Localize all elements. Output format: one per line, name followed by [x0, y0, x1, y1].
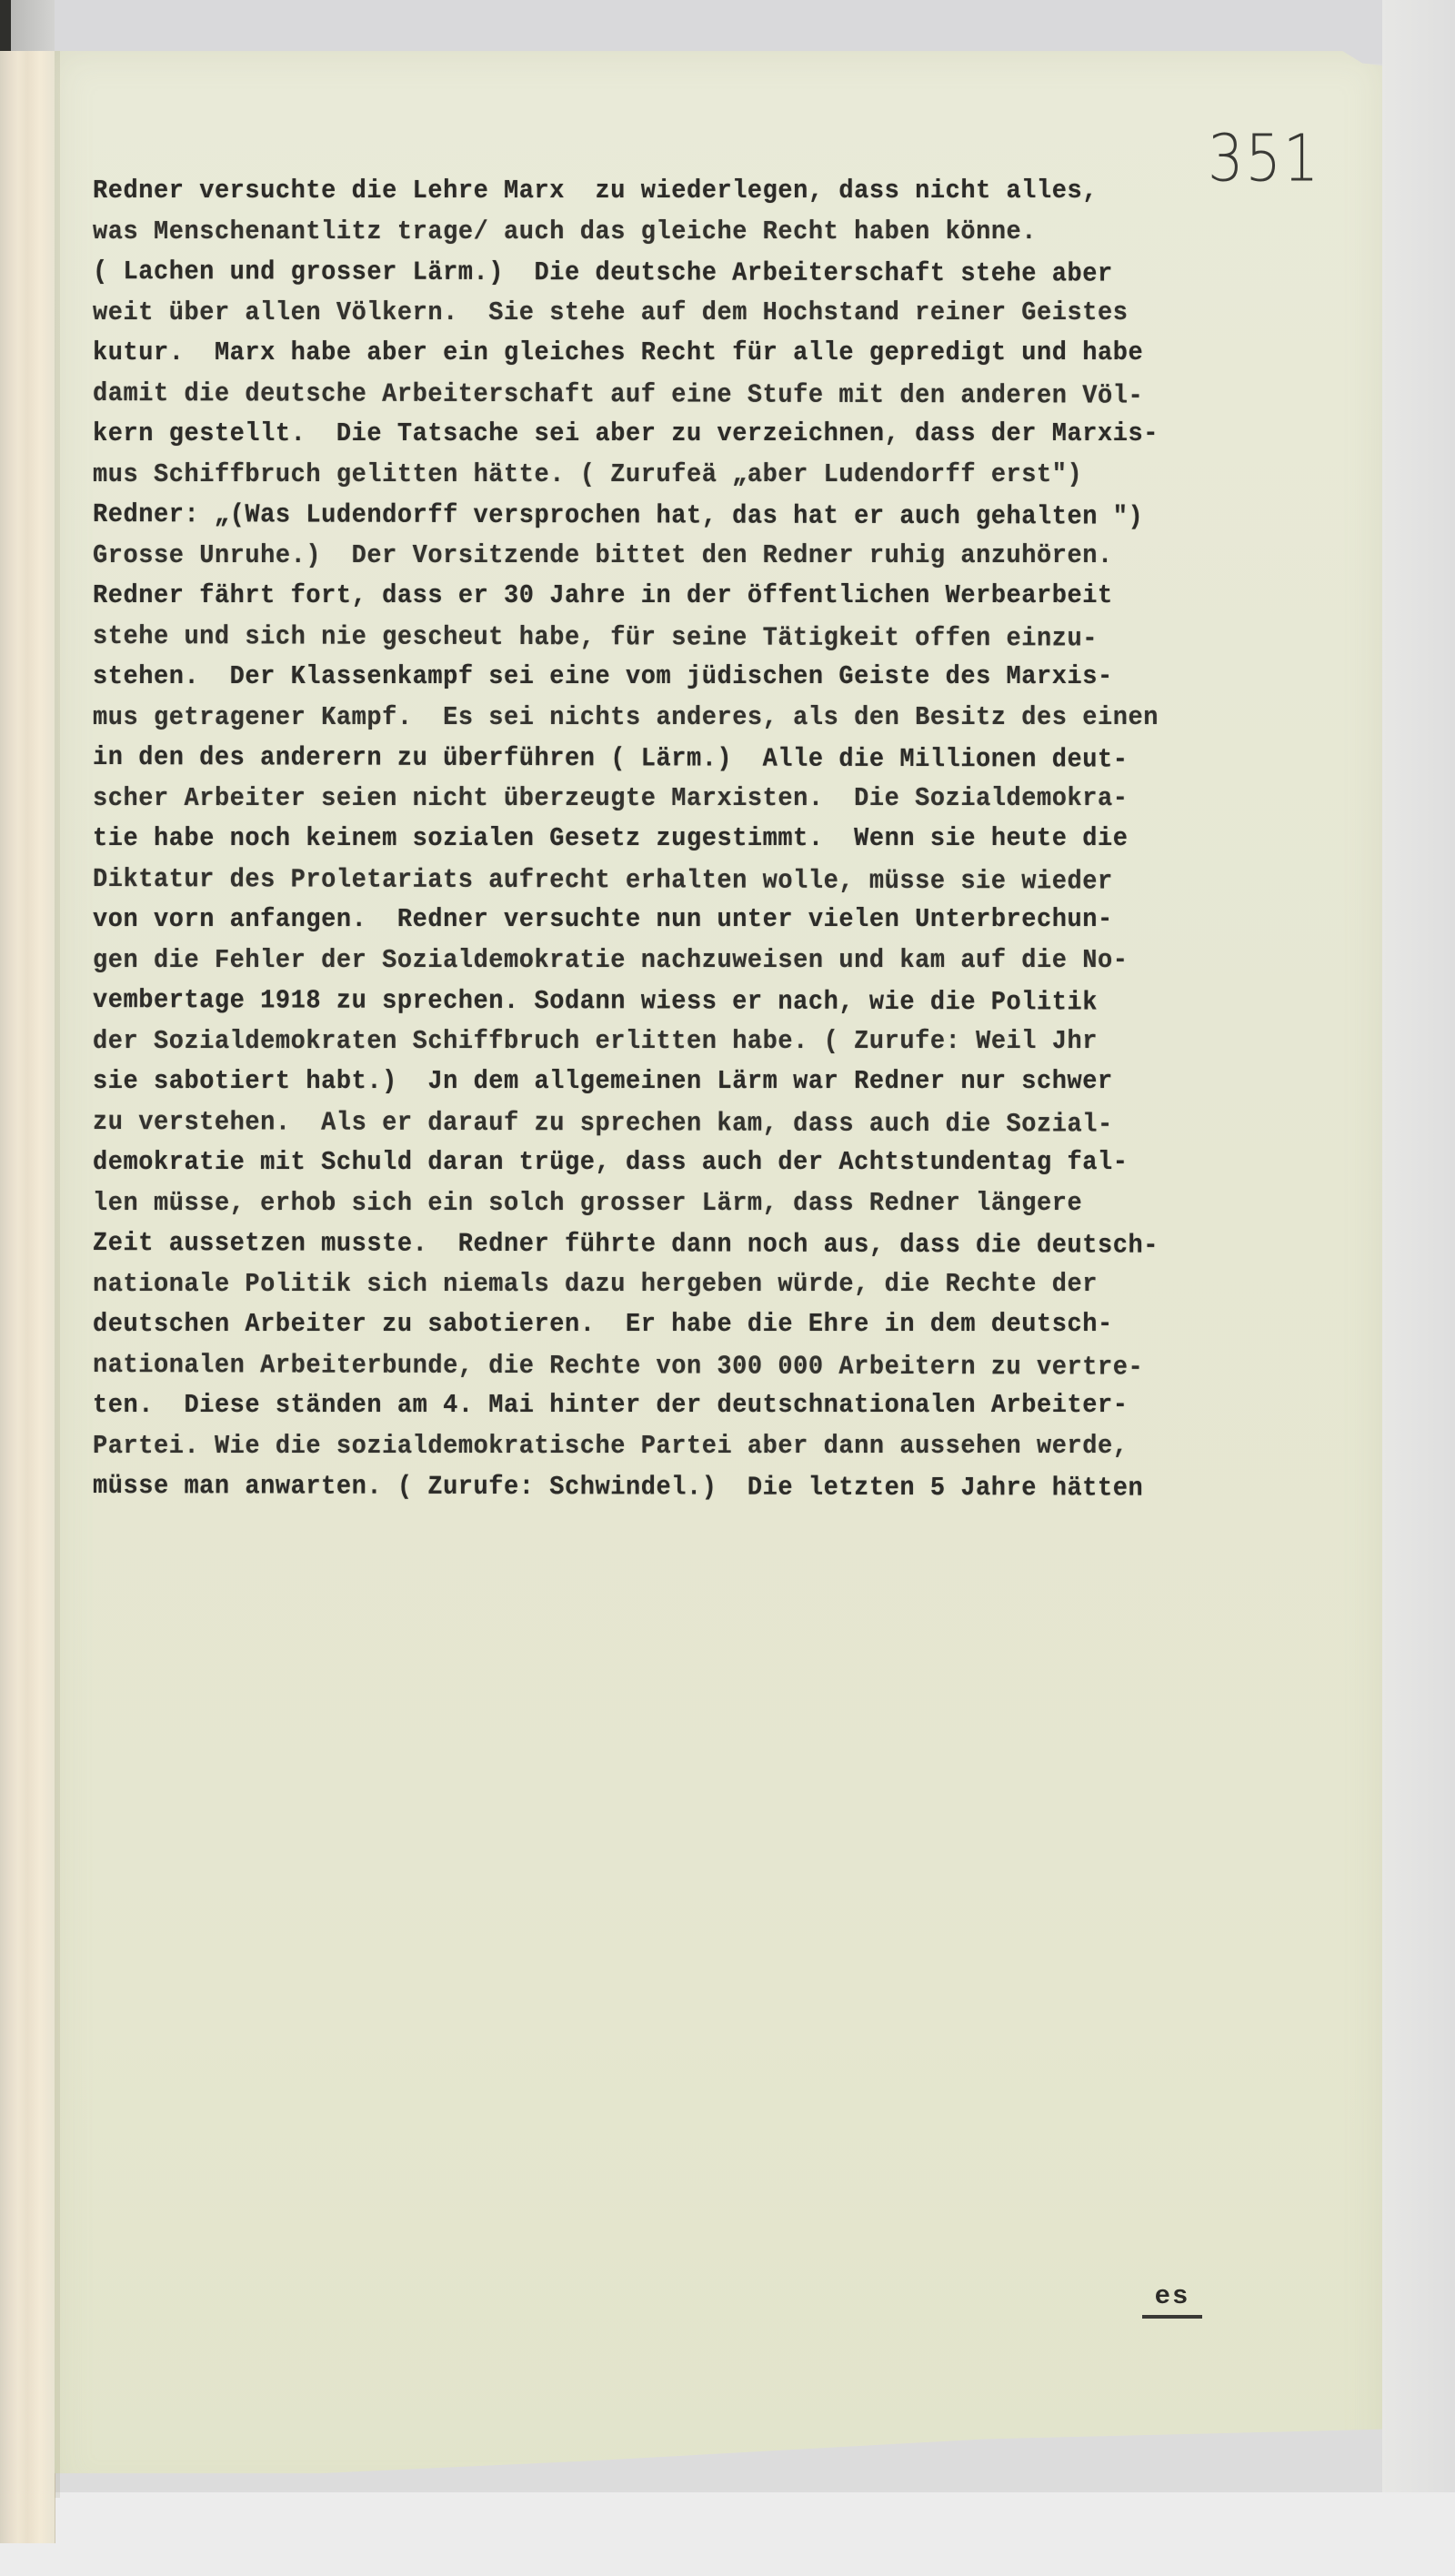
text-line: sie sabotiert habt.) Jn dem allgemeinen … — [93, 1062, 1294, 1102]
text-line: Diktatur des Proletariats aufrecht erhal… — [93, 860, 1294, 902]
text-line: tie habe noch keinem sozialen Gesetz zug… — [93, 819, 1294, 860]
text-line: kutur. Marx habe aber ein gleiches Recht… — [93, 333, 1294, 374]
text-line: in den des anderern zu überführen ( Lärm… — [93, 738, 1294, 780]
text-line: stehe und sich nie gescheut habe, für se… — [93, 617, 1294, 659]
text-line: deutschen Arbeiter zu sabotieren. Er hab… — [93, 1304, 1294, 1345]
text-line: len müsse, erhob sich ein solch grosser … — [93, 1183, 1294, 1224]
text-line: Grosse Unruhe.) Der Vorsitzende bittet d… — [93, 536, 1294, 577]
text-line: der Sozialdemokraten Schiffbruch erlitte… — [93, 1021, 1294, 1062]
text-line: scher Arbeiter seien nicht überzeugte Ma… — [93, 779, 1294, 820]
text-line: Redner: „(Was Ludendorff versprochen hat… — [93, 495, 1294, 538]
catchword: es — [1142, 2281, 1202, 2319]
binding-strip — [0, 51, 55, 2543]
text-line: ( Lachen und grosser Lärm.) Die deutsche… — [93, 252, 1294, 295]
scanner-background-bottom — [0, 2492, 1455, 2576]
text-line: mus Schiffbruch gelitten hätte. ( Zurufe… — [93, 455, 1294, 496]
text-line: müsse man anwarten. ( Zurufe: Schwindel.… — [93, 1466, 1294, 1509]
document-body: Redner versuchte die Lehre Marx zu wiede… — [93, 171, 1384, 1507]
text-line: gen die Fehler der Sozialdemokratie nach… — [93, 941, 1294, 981]
text-line: mus getragener Kampf. Es sei nichts ande… — [93, 698, 1294, 739]
binding-edge — [0, 0, 11, 55]
text-line: kern gestellt. Die Tatsache sei aber zu … — [93, 414, 1294, 455]
text-line: vembertage 1918 zu sprechen. Sodann wies… — [93, 981, 1294, 1023]
text-line: weit über allen Völkern. Sie stehe auf d… — [93, 293, 1294, 334]
binding-top — [11, 0, 55, 55]
text-line: nationale Politik sich niemals dazu herg… — [93, 1264, 1294, 1305]
text-line: Partei. Wie die sozialdemokratische Part… — [93, 1426, 1294, 1467]
text-line: zu verstehen. Als er darauf zu sprechen … — [93, 1102, 1294, 1145]
page-edge-shadow — [55, 51, 60, 2498]
text-line: Redner fährt fort, dass er 30 Jahre in d… — [93, 576, 1294, 617]
scanner-background-right — [1382, 0, 1455, 2576]
text-line: demokratie mit Schuld daran trüge, dass … — [93, 1142, 1294, 1183]
text-line: was Menschenantlitz trage/ auch das glei… — [93, 212, 1294, 253]
text-line: von vorn anfangen. Redner versuchte nun … — [93, 900, 1294, 941]
text-line: Zeit aussetzen musste. Redner führte dan… — [93, 1223, 1294, 1266]
text-line: ten. Diese ständen am 4. Mai hinter der … — [93, 1385, 1294, 1426]
text-line: stehen. Der Klassenkampf sei eine vom jü… — [93, 657, 1294, 698]
text-line: nationalen Arbeiterbunde, die Rechte von… — [93, 1345, 1294, 1388]
text-line: damit die deutsche Arbeiterschaft auf ei… — [93, 374, 1294, 417]
text-line: Redner versuchte die Lehre Marx zu wiede… — [93, 171, 1294, 212]
